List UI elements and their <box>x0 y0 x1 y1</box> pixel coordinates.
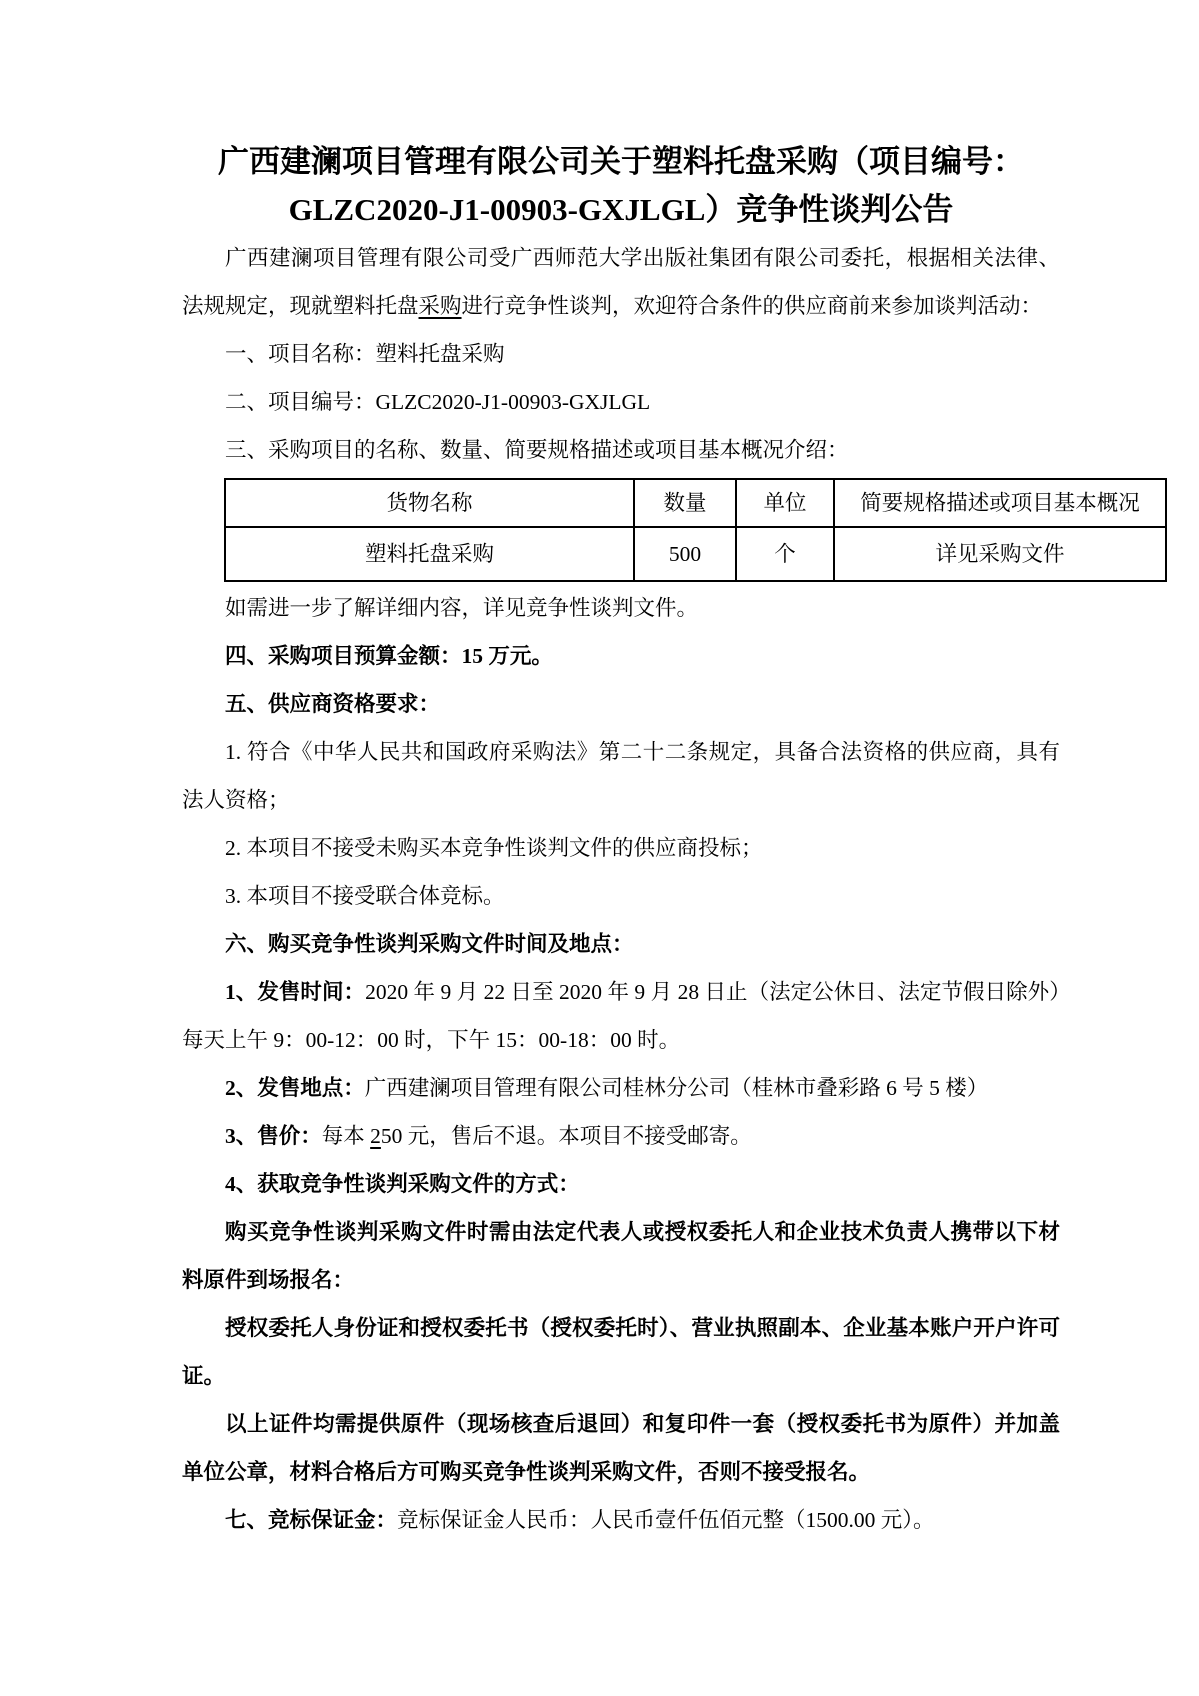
section-6-method-p2: 授权委托人身份证和授权委托书（授权委托时）、营业执照副本、企业基本账户开户许可证… <box>182 1304 1060 1400</box>
section-5-heading: 五、供应商资格要求： <box>182 680 1060 728</box>
section-1-project-name: 一、项目名称：塑料托盘采购 <box>182 330 1060 378</box>
deposit-label: 七、竞标保证金： <box>225 1508 397 1532</box>
goods-table: 货物名称 数量 单位 简要规格描述或项目基本概况 塑料托盘采购 500 个 详见… <box>224 478 1167 582</box>
goods-table-header-row: 货物名称 数量 单位 简要规格描述或项目基本概况 <box>225 479 1166 527</box>
section-6-heading: 六、购买竞争性谈判采购文件时间及地点： <box>182 920 1060 968</box>
goods-table-cell-name: 塑料托盘采购 <box>225 527 634 581</box>
document-page: 广西建澜项目管理有限公司关于塑料托盘采购（项目编号： GLZC2020-J1-0… <box>0 0 1199 1696</box>
deposit-text: 竞标保证金人民币：人民币壹仟伍佰元整（1500.00 元）。 <box>397 1508 935 1532</box>
price-post: 50 元，售后不退。本项目不接受邮寄。 <box>381 1124 752 1148</box>
goods-table-cell-spec: 详见采购文件 <box>834 527 1166 581</box>
sale-time-label: 1、发售时间： <box>225 980 365 1004</box>
goods-table-cell-quantity: 500 <box>634 527 736 581</box>
section-5-item-1: 1. 符合《中华人民共和国政府采购法》第二十二条规定，具备合法资格的供应商，具有… <box>182 728 1060 824</box>
section-3-heading: 三、采购项目的名称、数量、简要规格描述或项目基本概况介绍： <box>182 426 1060 474</box>
goods-table-header-quantity: 数量 <box>634 479 736 527</box>
goods-table-cell-unit: 个 <box>736 527 834 581</box>
sale-place-label: 2、发售地点： <box>225 1076 365 1100</box>
section-6-method-heading: 4、获取竞争性谈判采购文件的方式： <box>182 1160 1060 1208</box>
intro-underlined-word: 采购 <box>419 294 462 318</box>
section-5-item-2: 2. 本项目不接受未购买本竞争性谈判文件的供应商投标； <box>182 824 1060 872</box>
section-7-deposit: 七、竞标保证金：竞标保证金人民币：人民币壹仟伍佰元整（1500.00 元）。 <box>182 1496 1060 1544</box>
section-6-method-p1: 购买竞争性谈判采购文件时需由法定代表人或授权委托人和企业技术负责人携带以下材料原… <box>182 1208 1060 1304</box>
section-6-sale-place: 2、发售地点：广西建澜项目管理有限公司桂林分公司（桂林市叠彩路 6 号 5 楼） <box>182 1064 1060 1112</box>
intro-paragraph: 广西建澜项目管理有限公司受广西师范大学出版社集团有限公司委托，根据相关法律、法规… <box>182 234 1060 330</box>
price-pre: 每本 <box>322 1124 370 1148</box>
table-note: 如需进一步了解详细内容，详见竞争性谈判文件。 <box>182 584 1060 632</box>
document-title-line2: GLZC2020-J1-00903-GXJLGL）竞争性谈判公告 <box>182 186 1060 234</box>
section-4-budget: 四、采购项目预算金额：15 万元。 <box>182 632 1060 680</box>
sale-place-text: 广西建澜项目管理有限公司桂林分公司（桂林市叠彩路 6 号 5 楼） <box>365 1076 989 1100</box>
section-6-sale-time: 1、发售时间：2020 年 9 月 22 日至 2020 年 9 月 28 日止… <box>182 968 1060 1064</box>
section-5-item-3: 3. 本项目不接受联合体竞标。 <box>182 872 1060 920</box>
section-2-project-number: 二、项目编号：GLZC2020-J1-00903-GXJLGL <box>182 378 1060 426</box>
section-6-method-p3: 以上证件均需提供原件（现场核查后退回）和复印件一套（授权委托书为原件）并加盖单位… <box>182 1400 1060 1496</box>
goods-table-header-name: 货物名称 <box>225 479 634 527</box>
intro-part2: 进行竞争性谈判，欢迎符合条件的供应商前来参加谈判活动： <box>462 294 1043 318</box>
goods-table-data-row: 塑料托盘采购 500 个 详见采购文件 <box>225 527 1166 581</box>
section-6-price: 3、售价：每本 250 元，售后不退。本项目不接受邮寄。 <box>182 1112 1060 1160</box>
document-title-line1: 广西建澜项目管理有限公司关于塑料托盘采购（项目编号： <box>182 138 1060 186</box>
document-title: 广西建澜项目管理有限公司关于塑料托盘采购（项目编号： GLZC2020-J1-0… <box>182 138 1060 234</box>
price-underlined-digit: 2 <box>370 1124 381 1148</box>
goods-table-header-unit: 单位 <box>736 479 834 527</box>
goods-table-header-spec: 简要规格描述或项目基本概况 <box>834 479 1166 527</box>
price-label: 3、售价： <box>225 1124 322 1148</box>
